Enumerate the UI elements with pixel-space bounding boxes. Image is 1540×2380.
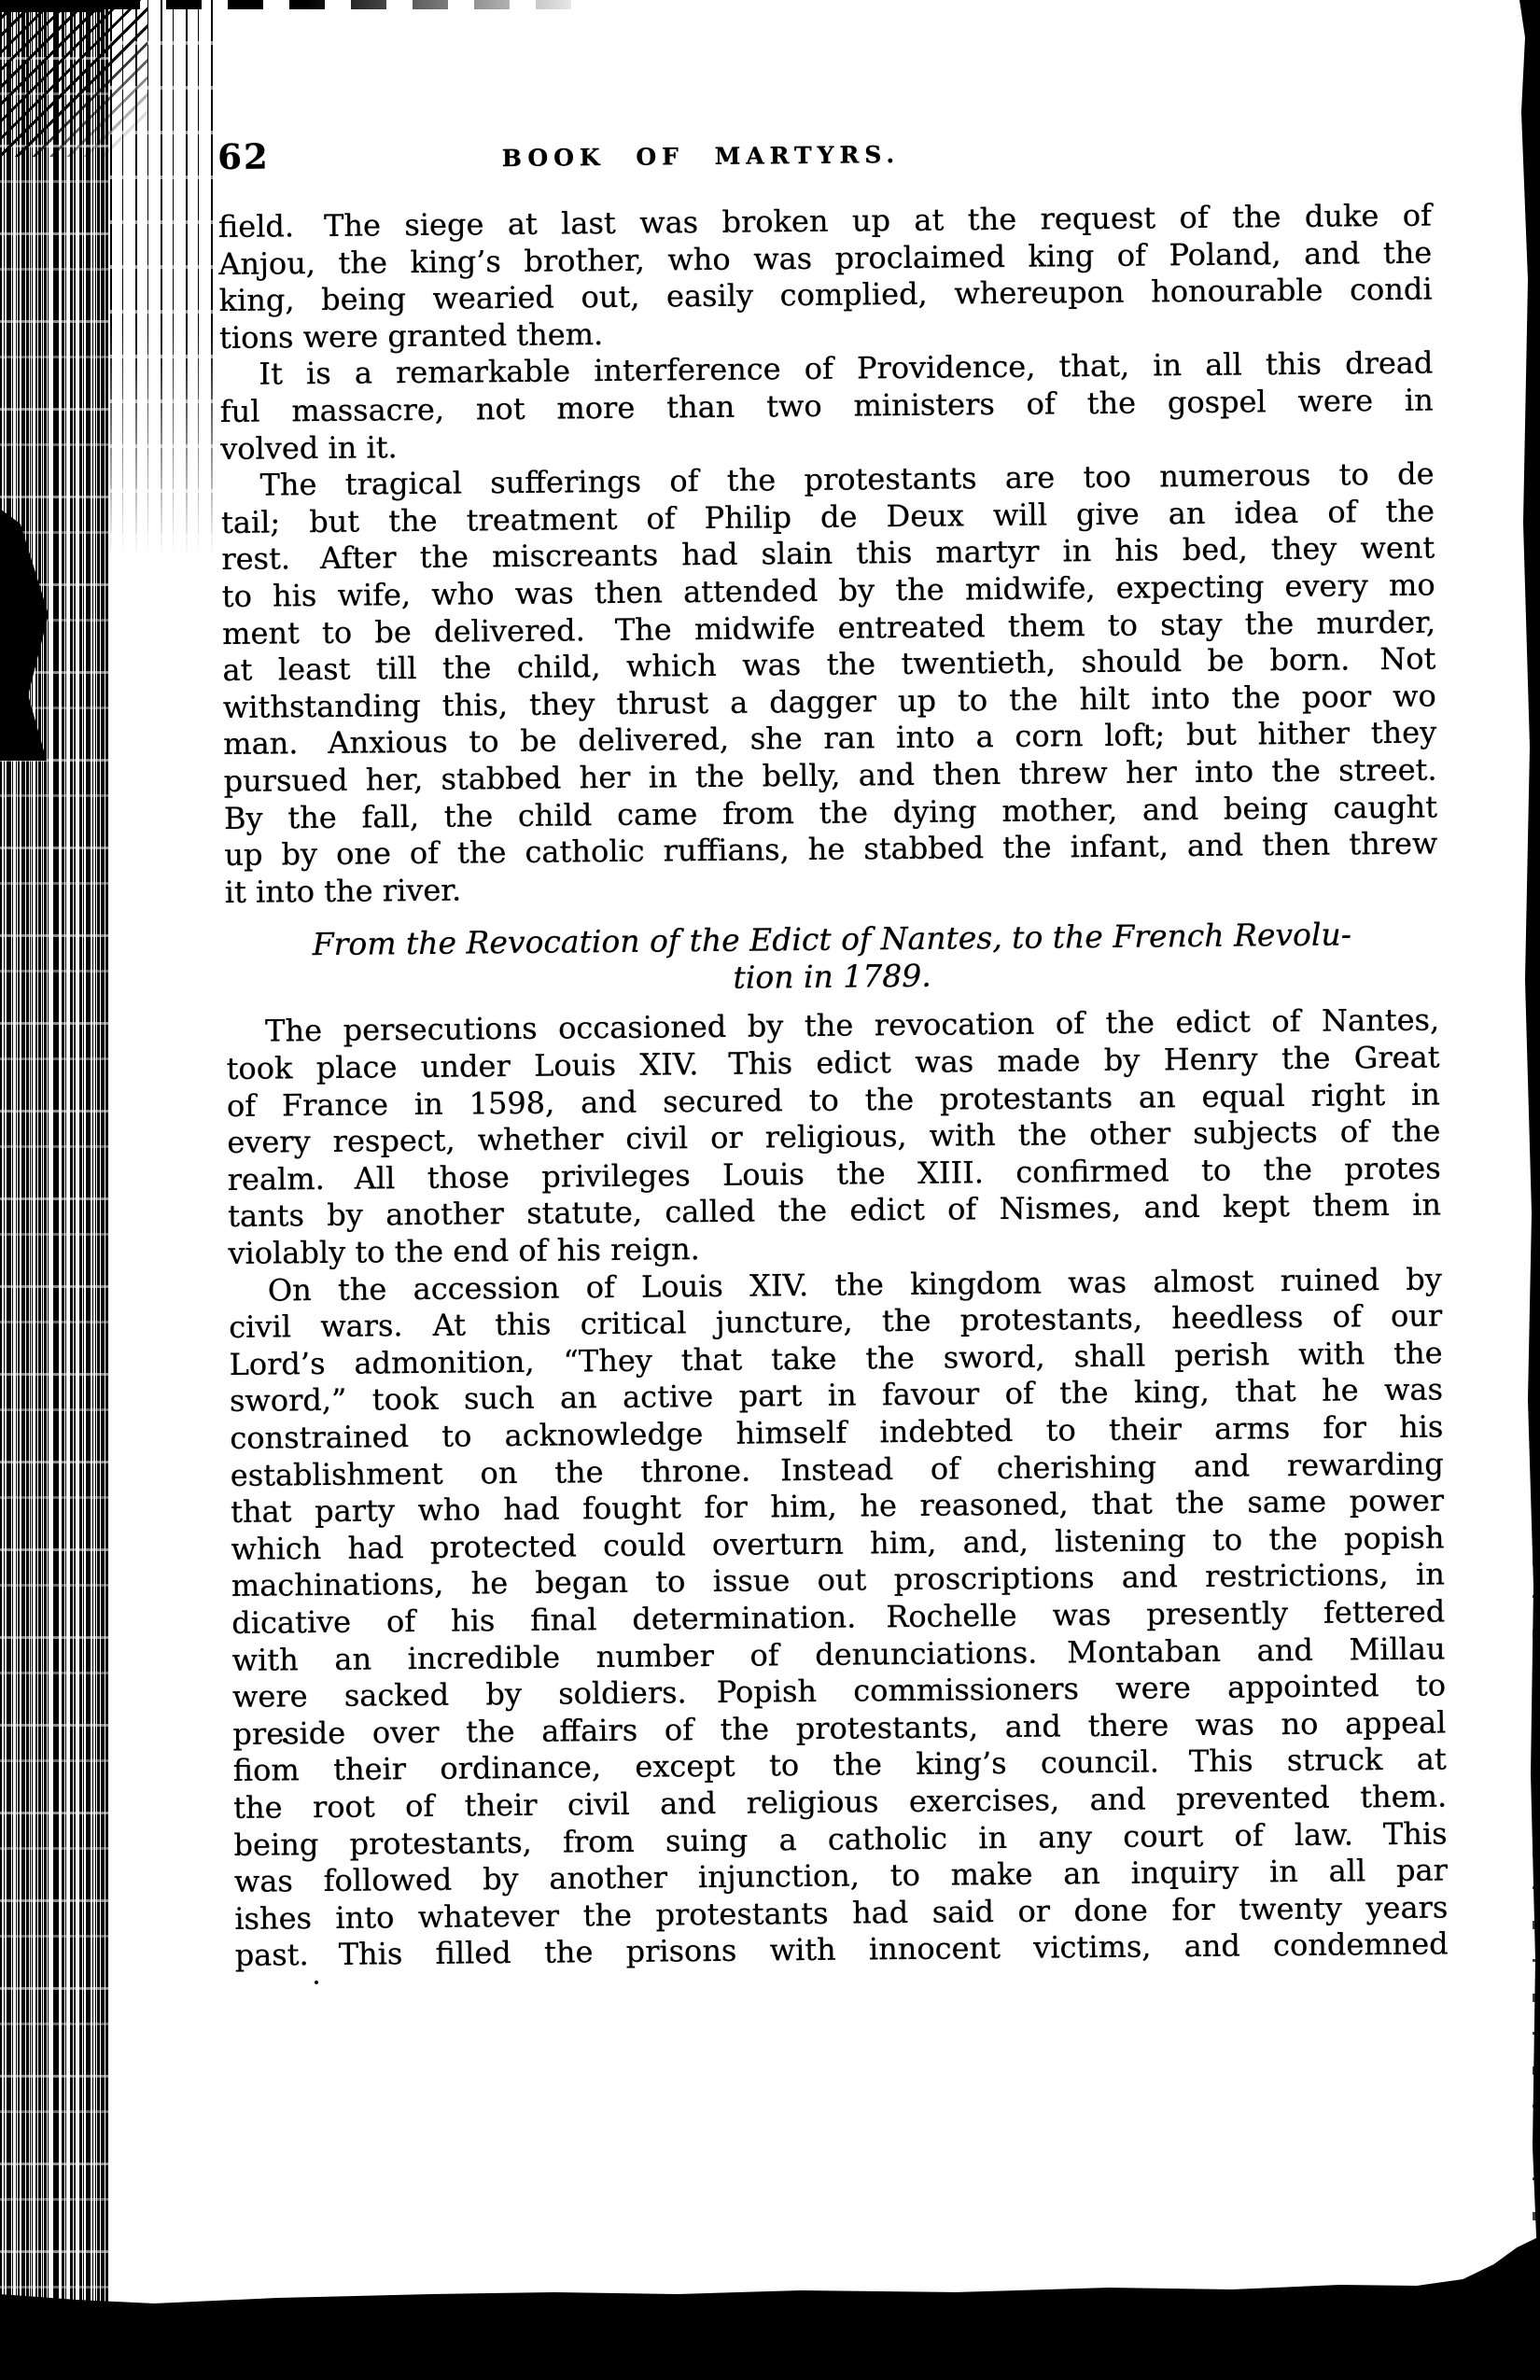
- page-header: 62 BOOK OF MARTYRS.: [217, 125, 1431, 177]
- scan-top-edge-strip: [0, 0, 105, 12]
- ink-speck: [315, 1981, 318, 1984]
- scanned-book-page: 62 BOOK OF MARTYRS. field. The siege at …: [0, 0, 1540, 2380]
- scan-corner-hatch: [0, 0, 147, 157]
- paragraph: On the accession of Louis XIV. the kingd…: [229, 1261, 1449, 1975]
- page-number: 62: [217, 135, 270, 177]
- paragraph: The tragical sufferings of the protestan…: [220, 456, 1438, 912]
- paragraph: It is a remarkable interference of Provi…: [219, 345, 1434, 468]
- scan-bottom-edge-band: [0, 2236, 1540, 2380]
- paragraph: The persecutions occasioned by the revoc…: [226, 1002, 1442, 1273]
- scan-right-edge-speckles: [1533, 392, 1539, 2259]
- scan-top-edge-dashes: [105, 0, 609, 9]
- section-heading: From the Revocation of the Edict of Nant…: [225, 916, 1439, 1001]
- paragraph: field. The siege at last was broken up a…: [218, 198, 1433, 357]
- running-head: BOOK OF MARTYRS.: [502, 141, 901, 172]
- text-block: 62 BOOK OF MARTYRS. field. The siege at …: [217, 125, 1449, 1975]
- scan-spine-band: [0, 7, 110, 2326]
- text-body: field. The siege at last was broken up a…: [218, 198, 1449, 1975]
